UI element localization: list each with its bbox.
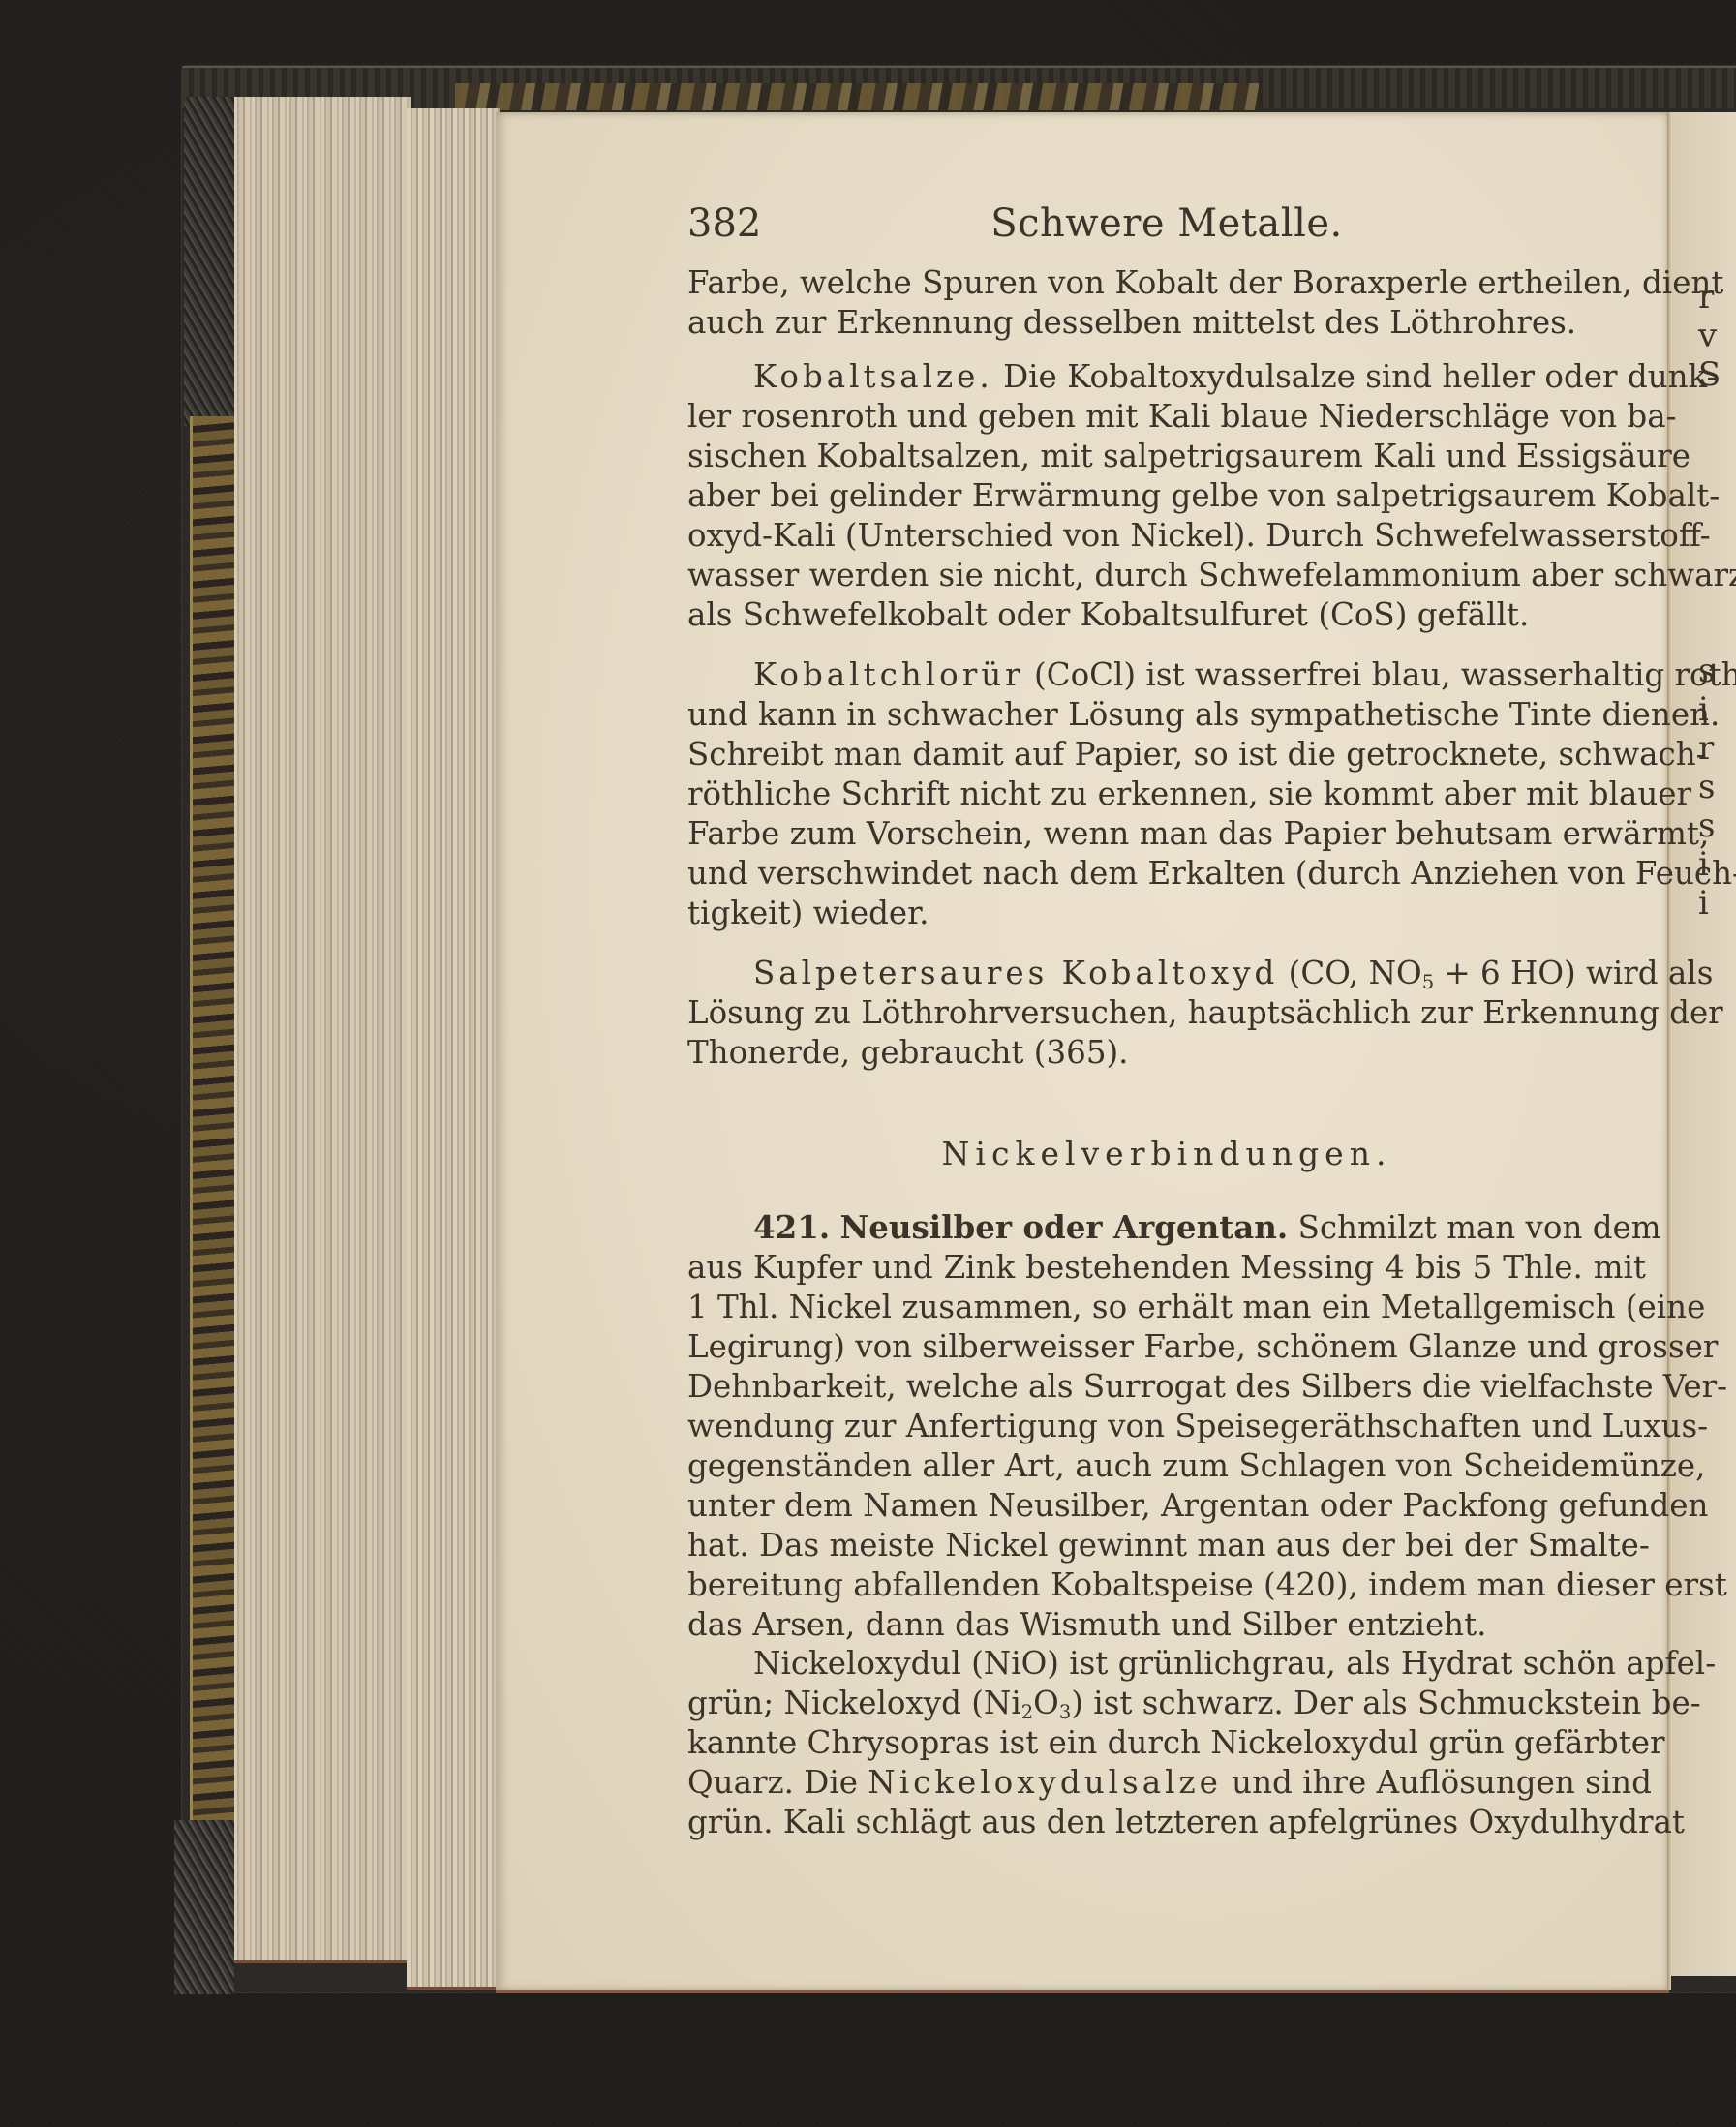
text-line: hat. Das meiste Nickel gewinnt man aus d… [687, 1526, 1646, 1565]
running-head: 382 Schwere Metalle. [687, 201, 1646, 250]
text-line: Thonerde, gebraucht (365). [687, 1033, 1646, 1073]
facing-page-fragment: s [1698, 771, 1715, 804]
leather-corner-bottom [174, 1820, 234, 1994]
page-edges-stack-inner [407, 108, 500, 1990]
text-line: unter dem Namen Neusilber, Argentan oder… [687, 1486, 1646, 1526]
term-kobaltchloruer: Kobaltchlorür [753, 656, 1024, 693]
text-line: oxyd-Kali (Unterschied von Nickel). Durc… [687, 516, 1646, 556]
term-kobaltsalze: Kobaltsalze. [753, 358, 993, 395]
text-line: wendung zur Anfertigung von Speisegeräth… [687, 1407, 1646, 1446]
term-nickeloxydulsalze: Nickeloxydulsalze [868, 1764, 1222, 1801]
text-line: Farbe zum Vorschein, wenn man das Papier… [687, 814, 1646, 854]
text-line: Legirung) von silberweisser Farbe, schön… [687, 1327, 1646, 1367]
facing-page-fragment: i [1698, 887, 1709, 920]
text-line: grün. Kali schlägt aus den letzteren apf… [687, 1803, 1646, 1842]
text-line: 1 Thl. Nickel zusammen, so erhält man ei… [687, 1288, 1646, 1327]
paragraph-continuation: Farbe, welche Spuren von Kobalt der Bora… [687, 263, 1646, 343]
text-line: wasser werden sie nicht, durch Schwefela… [687, 556, 1646, 595]
term-salpetersaures-kobaltoxyd: Salpetersaures Kobaltoxyd [753, 955, 1278, 991]
text-line: sischen Kobaltsalzen, mit salpetrigsaure… [687, 437, 1646, 476]
section-number: 421. [753, 1208, 830, 1246]
marbled-board-edge [190, 416, 235, 1839]
text-line: aus Kupfer und Zink bestehenden Messing … [687, 1248, 1646, 1288]
term-neusilber: Neusilber oder Argentan. [840, 1208, 1289, 1246]
text-line: bereitung abfallenden Kobaltspeise (420)… [687, 1565, 1646, 1605]
text-line: Farbe, welche Spuren von Kobalt der Bora… [687, 263, 1646, 303]
text-line: Nickeloxydul (NiO) ist grünlichgrau, als… [687, 1644, 1646, 1684]
text-line: als Schwefelkobalt oder Kobaltsulfuret (… [687, 595, 1646, 635]
text-line: tigkeit) wieder. [687, 894, 1646, 933]
text-line: Salpetersaures Kobaltoxyd (CO, NO5 + 6 H… [687, 954, 1646, 993]
text-line: Dehnbarkeit, welche als Surrogat des Sil… [687, 1367, 1646, 1407]
text-line: gegenständen aller Art, auch zum Schlage… [687, 1446, 1646, 1486]
marbled-board-top [455, 83, 1259, 110]
text-line: Kobaltchlorür (CoCl) ist wasserfrei blau… [687, 655, 1646, 695]
text-line: ler rosenroth und geben mit Kali blaue N… [687, 397, 1646, 437]
text-line: Lösung zu Löthrohrversuchen, hauptsächli… [687, 993, 1646, 1033]
text-line: Kobaltsalze. Die Kobaltoxydulsalze sind … [687, 357, 1646, 397]
section-heading: Nickelverbindungen. [687, 1135, 1646, 1172]
text-line: das Arsen, dann das Wismuth und Silber e… [687, 1605, 1646, 1645]
paragraph-nickeloxydul: Nickeloxydul (NiO) ist grünlichgrau, als… [687, 1644, 1646, 1842]
leather-corner-top [184, 97, 234, 426]
running-title: Schwere Metalle. [687, 201, 1646, 246]
text-line: und verschwindet nach dem Erkalten (durc… [687, 854, 1646, 894]
text-line: Quarz. Die Nickeloxydulsalze und ihre Au… [687, 1763, 1646, 1803]
paragraph-kobaltsalze: Kobaltsalze. Die Kobaltoxydulsalze sind … [687, 357, 1646, 635]
paragraph-421-neusilber: 421. Neusilber oder Argentan. Schmilzt m… [687, 1207, 1646, 1645]
text-line: Schreibt man damit auf Papier, so ist di… [687, 735, 1646, 775]
text-line: auch zur Erkennung desselben mittelst de… [687, 303, 1646, 343]
page-edges-stack [234, 97, 411, 1963]
text-line: aber bei gelinder Erwärmung gelbe von sa… [687, 476, 1646, 516]
facing-page-fragment: v [1698, 319, 1717, 352]
paragraph-salpetersaures-kobaltoxyd: Salpetersaures Kobaltoxyd (CO, NO5 + 6 H… [687, 954, 1646, 1073]
text-line: und kann in schwacher Lösung als sympath… [687, 695, 1646, 735]
text-line: kannte Chrysopras ist ein durch Nickelox… [687, 1723, 1646, 1763]
text-line: 421. Neusilber oder Argentan. Schmilzt m… [687, 1207, 1646, 1248]
paragraph-kobaltchloruer: Kobaltchlorür (CoCl) ist wasserfrei blau… [687, 655, 1646, 933]
text-line: grün; Nickeloxyd (Ni2O3) ist schwarz. De… [687, 1684, 1646, 1723]
text-line: röthliche Schrift nicht zu erkennen, sie… [687, 775, 1646, 814]
